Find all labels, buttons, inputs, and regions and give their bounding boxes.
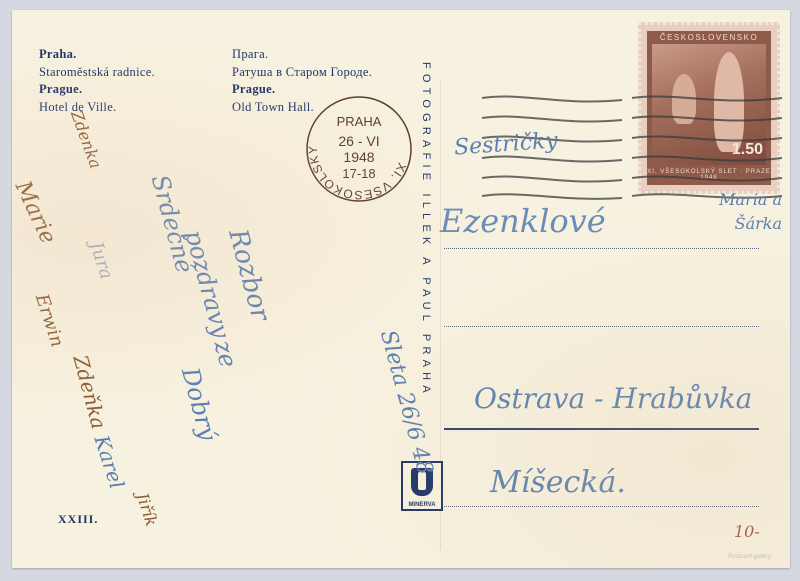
stamp-country: ČESKOSLOVENSKO	[647, 33, 771, 42]
caption-czech-english: Praha. Staroměstská radnice. Prague. Hot…	[39, 46, 155, 116]
message-line: ze	[208, 337, 242, 370]
address-line-4: Míšecká.	[490, 465, 626, 500]
caption-line: Staroměstská radnice.	[39, 64, 155, 82]
price-annotation: 10-	[734, 522, 760, 541]
signature: Jiřík	[133, 490, 162, 528]
signature: Marie	[10, 177, 61, 248]
address-line-2: Ezenklové	[440, 202, 606, 240]
series-number: XXIII.	[58, 512, 98, 527]
address-aside: Maria a Šárka	[682, 188, 782, 236]
caption-line: Praha.	[39, 46, 155, 64]
caption-line: Ратуша в Старом Городе.	[232, 64, 372, 82]
caption-line: Прага.	[232, 46, 372, 64]
address-rule	[444, 326, 759, 327]
svg-text:1948: 1948	[343, 149, 374, 165]
message-line: Rozbor	[222, 226, 275, 324]
message-line: Dobrý	[176, 365, 222, 444]
signature: Zdeňka	[68, 352, 111, 431]
signature: Jura	[85, 239, 117, 282]
address-line-3: Ostrava - Hrabůvka	[474, 382, 752, 415]
caption-line: Prague.	[39, 81, 155, 99]
svg-text:26 - VI: 26 - VI	[338, 133, 379, 149]
publisher-logo-name: MINERVA	[403, 502, 441, 508]
address-rule	[444, 248, 759, 249]
caption-line: Hotel de Ville.	[39, 99, 155, 117]
postmark: XI. VŠESOKOLSKÝ SLET * PRAHA 26 - VI 194…	[304, 94, 414, 204]
signature: Karel	[89, 432, 129, 491]
address-rule	[444, 506, 759, 507]
watermark: Postcard gallery	[728, 554, 771, 560]
signature: Zdenka	[67, 108, 106, 171]
signature: Erwin	[31, 291, 68, 349]
svg-text:PRAHA: PRAHA	[337, 114, 382, 129]
svg-text:17-18: 17-18	[342, 166, 375, 181]
address-rule-underlined	[444, 428, 759, 430]
postcard: Praha. Staroměstská radnice. Prague. Hot…	[12, 10, 790, 568]
